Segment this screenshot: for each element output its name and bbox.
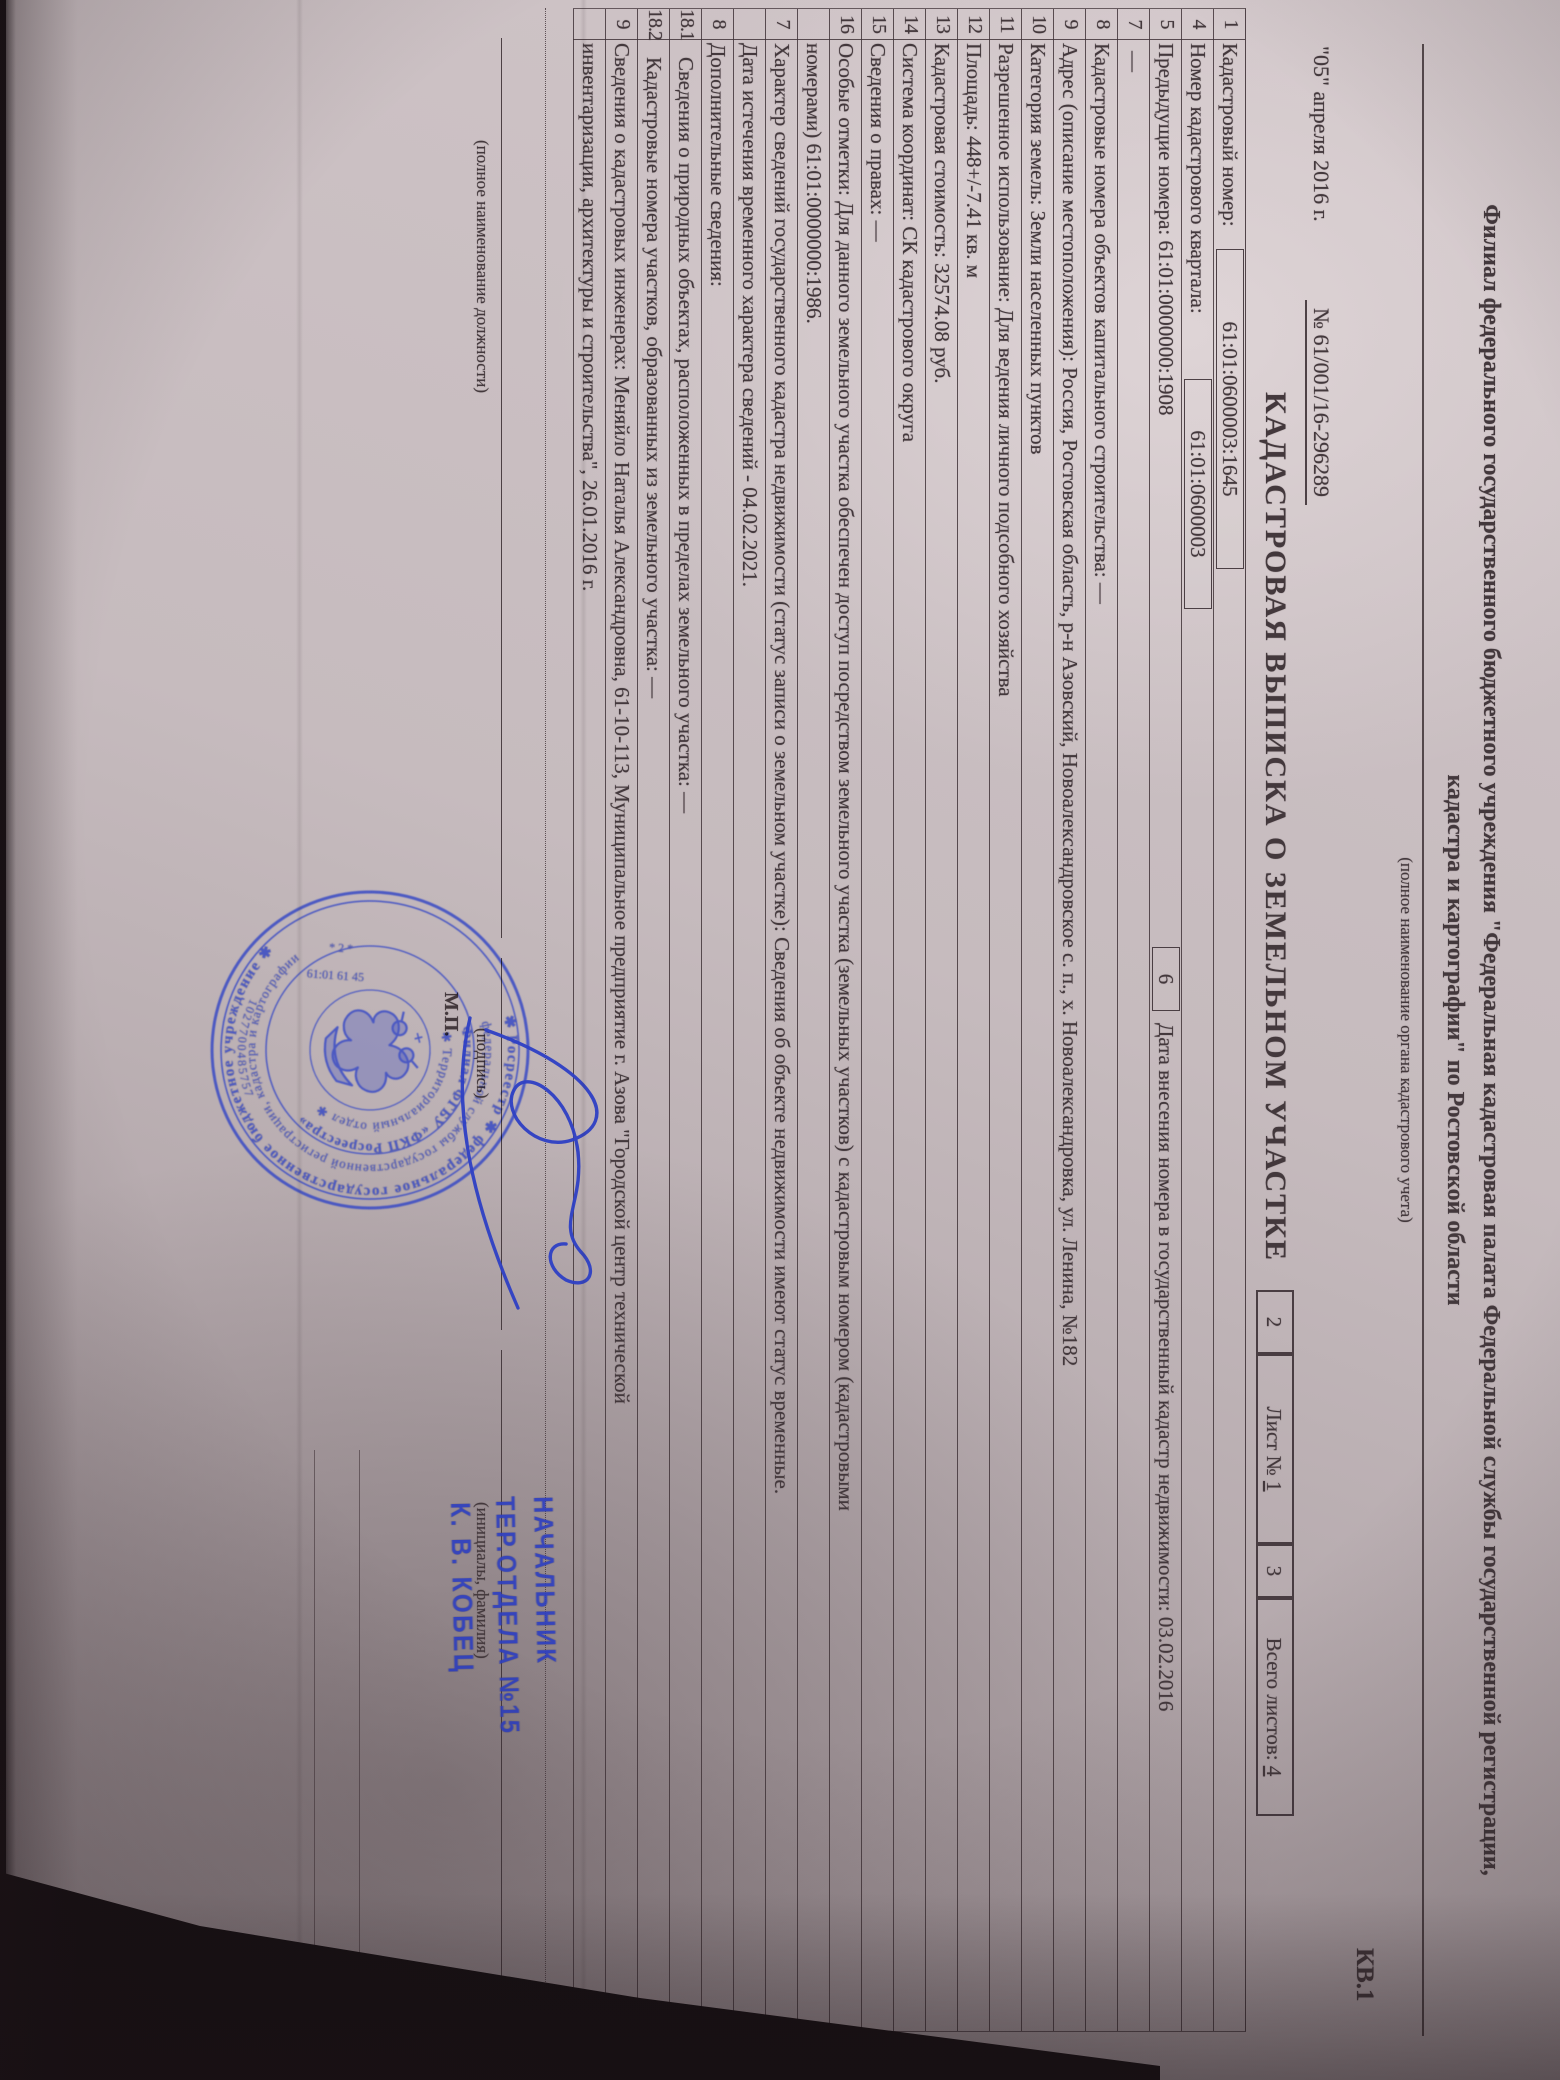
position-signature-line [501,38,502,938]
header-underline [1422,44,1424,2036]
table-row-line: 16Особые отметки: Для данного земельного… [829,9,861,2031]
row-number: 12 [963,9,986,39]
row-text: Кадастровый номер: [1217,43,1242,227]
table-row-line: 11Разрешенное использование: Для ведения… [989,9,1021,2031]
cell-total-sheets: Всего листов: 4 [1256,1598,1294,1816]
row-text: Номер кадастрового квартала: [1185,43,1210,314]
table-row-line: 5Предыдущие номера: 61:01:0000000:19086Д… [1149,9,1181,2031]
issue-line: "05" апреля 2016 г. № 61/001/16-296289 [1300,0,1334,2080]
table-row-line: Дата истечения временного характера свед… [733,9,765,2031]
cell-2: 2 [1256,1290,1294,1354]
org-header-line1: Филиал федерального государственного бюд… [1477,0,1504,2080]
row-number: 18.1 [675,9,698,39]
row-number: 7 [1123,9,1146,39]
table-row-line: номерами) 61:01:0000000:1986. [797,9,829,2031]
row-number: 4 [1187,9,1210,39]
row-number: 1 [1219,9,1242,39]
table-row-line: 7— [1117,9,1149,2031]
sheet-label: Лист № [1262,1406,1286,1481]
cadastral-extract-document: Филиал федерального государственного бюд… [0,0,1558,2080]
row-number: 15 [867,9,890,39]
cell-sheet-number: Лист № 1 [1256,1354,1294,1544]
official-post-stamp-line1: НАЧАЛЬНИК [527,1496,562,1666]
row-text: номерами) 61:01:0000000:1986. [801,43,826,324]
row-number: 10 [1027,9,1050,39]
table-row-line: 18.1Сведения о природных объектах, распо… [669,9,701,2031]
issue-date: "05" апреля 2016 г. [1308,46,1334,222]
paper-sheet: Филиал федерального государственного бюд… [6,0,1560,2080]
row-text: Сведения о природных объектах, расположе… [673,57,698,813]
title-row: КАДАСТРОВАЯ ВЫПИСКА О ЗЕМЕЛЬНОМ УЧАСТКЕ … [1248,0,1296,2080]
seal-eagle-emblem [316,997,432,1102]
official-name-stamp: К. В. КОБЕЦ [444,1502,480,1674]
row-number: 18.2 [643,9,666,39]
table-row-line: 8Кадастровые номера объектов капитальног… [1085,9,1117,2031]
row-text: Категория земель: Земли населенных пункт… [1025,43,1050,455]
row-number: 14 [899,9,922,39]
attributes-table: 1Кадастровый номер:61:01:0600003:16454Но… [573,8,1246,2032]
row-text: — [1121,51,1146,72]
row-number: 11 [995,9,1018,39]
photo-of-document: Филиал федерального государственного бюд… [0,0,1560,2080]
row-text: Система координат: СК кадастрового округ… [897,43,922,442]
table-row-line: 9Адрес (описание местоположения): Россия… [1053,9,1085,2031]
row-text: Кадастровые номера объектов капитального… [1089,43,1114,604]
table-row-line: 14Система координат: СК кадастрового окр… [893,9,925,2031]
row-number: 9 [611,9,634,39]
table-row-line: 15Сведения о правах: — [861,9,893,2031]
total-sheets-label: Всего листов: [1262,1638,1286,1766]
row-text: Предыдущие номера: 61:01:0000000:1908 [1153,43,1178,416]
official-post-stamp-line2: ТЕР.ОТДЕЛА №15 [489,1496,525,1736]
row-number: 8 [707,9,730,39]
row-text: Характер сведений государственного кадас… [769,43,794,1494]
row-number: 7 [771,9,794,39]
row-value-box: 61:01:0600003:1645 [1216,249,1244,569]
row-text: Адрес (описание местоположения): Россия,… [1057,43,1082,1366]
row-number: 8 [1091,9,1114,39]
table-row-line: 7Характер сведений государственного када… [765,9,797,2031]
table-row-line: 18.2Кадастровые номера участков, образов… [637,9,669,2031]
table-row-line: 12Площадь: 448+/-7.41 кв. м [957,9,989,2031]
row-number: 5 [1155,9,1178,39]
row-value-box: 6 [1152,947,1180,1011]
row-text: Сведения о правах: — [865,43,890,242]
extra-rule-1 [359,1450,360,2032]
org-header-caption: (полное наименование органа кадастрового… [1396,0,1416,2080]
table-row-line: 8Дополнительные сведения: [701,9,733,2031]
handwritten-signature [428,1000,628,1330]
position-label: (полное наименование должности) [472,140,492,393]
row-number: 9 [1059,9,1082,39]
row-text: Площадь: 448+/-7.41 кв. м [961,43,986,278]
row-text: инвентаризации, архитектуры и строительс… [577,43,602,591]
form-code: КВ.1 [1350,1948,1378,2002]
extra-rule-2 [314,1450,315,2032]
row-value-box: 61:01:0600003 [1184,379,1212,609]
seal-number-text: * 2 * [329,940,354,956]
table-row-line: 1Кадастровый номер:61:01:0600003:1645 [1213,9,1245,2031]
row-text: Кадастровая стоимость: 32574.08 руб. [929,43,954,384]
total-sheets-value: 4 [1262,1766,1286,1777]
row-number: 16 [835,9,858,39]
table-row-line: 10Категория земель: Земли населенных пун… [1021,9,1053,2031]
row-text: Разрешенное использование: Для ведения л… [993,43,1018,697]
issue-number: № 61/001/16-296289 [1305,300,1334,505]
seal-code-text: 61:01 61 45 [306,966,364,984]
org-header-line2: кадастра и картографии" по Ростовской об… [1441,0,1468,2080]
table-row-line: 4Номер кадастрового квартала:61:01:06000… [1181,9,1213,2031]
row-text: Дата истечения временного характера свед… [737,43,762,587]
row-text: Дополнительные сведения: [705,43,730,287]
row-text: Особые отметки: Для данного земельного у… [833,43,858,1511]
row-text: Кадастровые номера участков, образованны… [641,57,666,698]
sheet-value: 1 [1262,1481,1286,1492]
document-title: КАДАСТРОВАЯ ВЫПИСКА О ЗЕМЕЛЬНОМ УЧАСТКЕ [1258,392,1292,1262]
row-number: 13 [931,9,954,39]
row-text: Дата внесения номера в государственный к… [1153,1023,1178,1711]
table-row-line: 13Кадастровая стоимость: 32574.08 руб. [925,9,957,2031]
cell-3: 3 [1256,1544,1294,1598]
